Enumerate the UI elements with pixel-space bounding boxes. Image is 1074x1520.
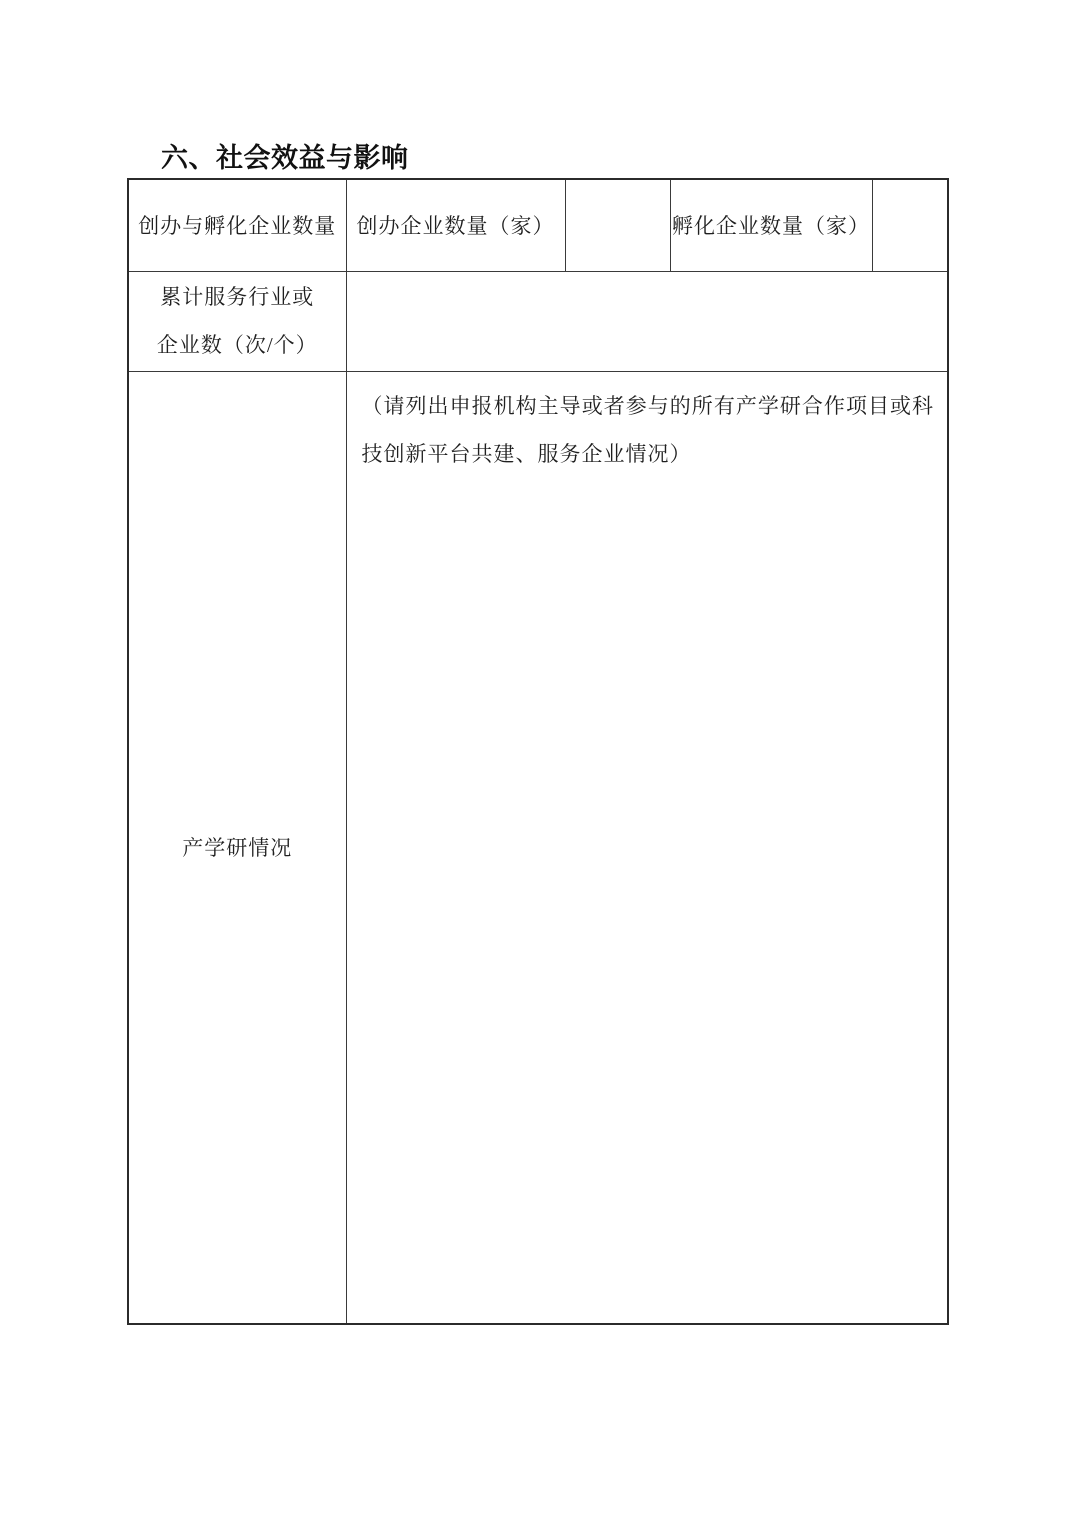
social-benefits-table: 创办与孵化企业数量 创办企业数量（家） 孵化企业数量（家） 累计服务行业或 企业… — [127, 178, 949, 1325]
cumulative-service-value-cell[interactable] — [346, 271, 948, 371]
industry-academia-research-label: 产学研情况 — [128, 371, 346, 1324]
cumulative-service-label-line1: 累计服务行业或 — [129, 273, 346, 321]
founded-enterprises-label: 创办企业数量（家） — [346, 179, 565, 271]
section-title: 六、社会效益与影响 — [161, 136, 409, 175]
incubated-enterprises-label: 孵化企业数量（家） — [670, 179, 872, 271]
incubated-enterprises-value-cell[interactable] — [872, 179, 948, 271]
industry-academia-research-instruction: （请列出申报机构主导或者参与的所有产学研合作项目或科技创新平台共建、服务企业情况… — [362, 382, 935, 478]
startup-incubation-group-label: 创办与孵化企业数量 — [128, 179, 346, 271]
founded-enterprises-value-cell[interactable] — [565, 179, 670, 271]
row-cumulative-service: 累计服务行业或 企业数（次/个） — [128, 271, 948, 371]
industry-academia-research-content-cell[interactable]: （请列出申报机构主导或者参与的所有产学研合作项目或科技创新平台共建、服务企业情况… — [346, 371, 948, 1324]
cumulative-service-label: 累计服务行业或 企业数（次/个） — [128, 271, 346, 371]
row-enterprise-counts: 创办与孵化企业数量 创办企业数量（家） 孵化企业数量（家） — [128, 179, 948, 271]
cumulative-service-label-line2: 企业数（次/个） — [129, 321, 346, 369]
row-industry-academia-research: 产学研情况 （请列出申报机构主导或者参与的所有产学研合作项目或科技创新平台共建、… — [128, 371, 948, 1324]
document-page: 六、社会效益与影响 创办与孵化企业数量 创办企业数量（家） 孵化企业数量（家） … — [0, 0, 1074, 1520]
